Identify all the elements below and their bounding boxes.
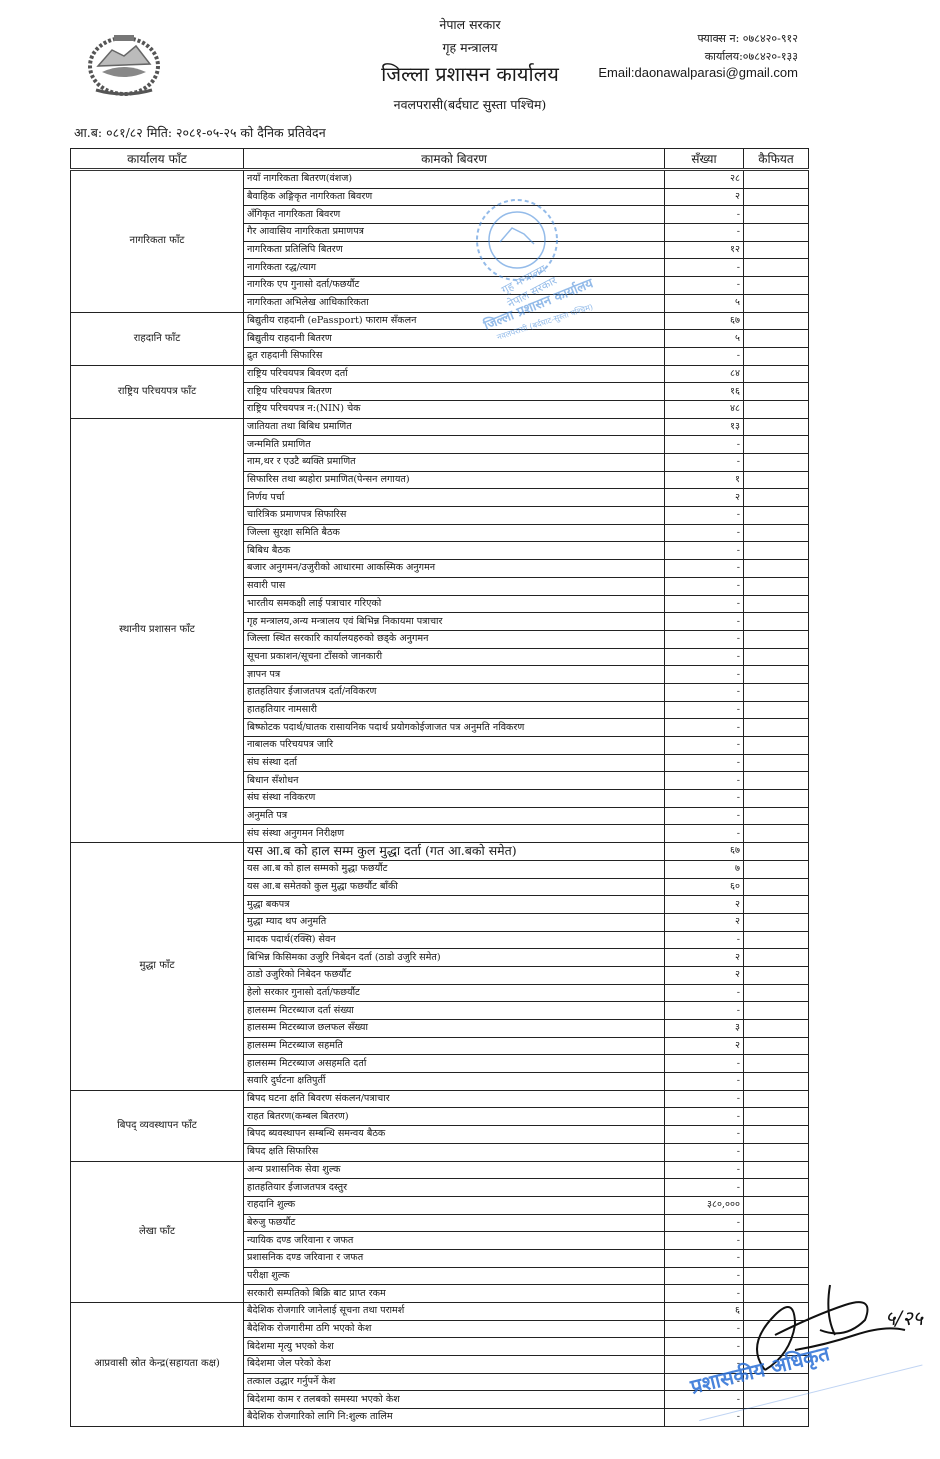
task-count: - (665, 613, 744, 631)
task-remark (744, 1320, 809, 1338)
task-count: - (665, 454, 744, 472)
task-count: - (665, 683, 744, 701)
task-description: संघ संस्था नविकरण (244, 790, 665, 808)
task-count: २ (665, 949, 744, 967)
task-count: - (665, 1338, 744, 1356)
task-remark (744, 843, 809, 861)
task-description: गृह मन्त्रालय,अन्य मन्त्रालय एवं बिभिन्न… (244, 613, 665, 631)
task-count: - (665, 754, 744, 772)
task-remark (744, 984, 809, 1002)
task-description: यस आ.ब को हाल सम्मको मुद्धा फछर्यौट (244, 860, 665, 878)
task-count: - (665, 1320, 744, 1338)
task-remark (744, 1090, 809, 1108)
task-count: - (665, 1143, 744, 1161)
task-count: - (665, 1161, 744, 1179)
task-remark (744, 931, 809, 949)
report-title: आ.ब: ०८१/८२ मिति: २०८१-०५-२५ को दैनिक प्… (74, 124, 326, 141)
task-description: संघ संस्था अनुगमन निरीक्षण (244, 825, 665, 843)
task-description: हालसम्म मिटरब्याज सहमति (244, 1037, 665, 1055)
task-remark (744, 224, 809, 242)
task-remark (744, 454, 809, 472)
task-count: - (665, 1002, 744, 1020)
task-description: राष्ट्रिय परिचयपत्र न:(NIN) चेक (244, 400, 665, 418)
task-count: - (665, 1090, 744, 1108)
task-description: राष्ट्रिय परिचयपत्र बिवरण दर्ता (244, 365, 665, 383)
task-count: - (665, 666, 744, 684)
task-remark (744, 1143, 809, 1161)
task-remark (744, 860, 809, 878)
task-remark (744, 1108, 809, 1126)
task-remark (744, 1356, 809, 1374)
task-description: सूचना प्रकाशन/सूचना टाँसको जानकारी (244, 648, 665, 666)
task-remark (744, 1232, 809, 1250)
task-count: २ (665, 188, 744, 206)
section-label: राष्ट्रिय परिचयपत्र फाँट (71, 365, 244, 418)
task-remark (744, 807, 809, 825)
column-header-description: कामको बिवरण (244, 149, 665, 170)
task-count: - (665, 790, 744, 808)
task-description: नयाँ नागरिकता बितरण(वंशज) (244, 170, 665, 189)
task-count: - (665, 1373, 744, 1391)
table-row: स्थानीय प्रशासन फाँटजातियता तथा बिबिध प्… (71, 418, 809, 436)
task-remark (744, 259, 809, 277)
section-label: आप्रवासी स्रोत केन्द्र(सहायता कक्ष) (71, 1303, 244, 1427)
task-description: ठाडो उजुरिको निबेदन फछर्यौट (244, 966, 665, 984)
task-count: - (665, 542, 744, 560)
task-description: जिल्ला सुरक्षा समिति बैठक (244, 524, 665, 542)
task-remark (744, 1161, 809, 1179)
task-count: - (665, 825, 744, 843)
office-phone: कार्यालय:०७८४२०-१३३ (705, 49, 798, 64)
task-remark (744, 418, 809, 436)
task-count: ६७ (665, 843, 744, 861)
task-description: नागरिक एप गुनासो दर्ता/फछर्यौट (244, 277, 665, 295)
task-remark (744, 241, 809, 259)
task-count: - (665, 630, 744, 648)
task-count: - (665, 1214, 744, 1232)
task-description: न्यायिक दण्ड जरिवाना र जफत (244, 1232, 665, 1250)
section-label: नागरिकता फाँट (71, 170, 244, 313)
task-description: प्रशासनिक दण्ड जरिवाना र जफत (244, 1249, 665, 1267)
task-remark (744, 294, 809, 312)
task-description: यस आ.ब समेतको कुल मुद्धा फछर्यौट बाँकी (244, 878, 665, 896)
task-count: ३८०,००० (665, 1196, 744, 1214)
daily-report-table: कार्यालय फाँट कामको बिवरण सँख्या कैफियत … (70, 148, 809, 1427)
task-count: २ (665, 489, 744, 507)
table-header-row: कार्यालय फाँट कामको बिवरण सँख्या कैफियत (71, 149, 809, 170)
task-remark (744, 1391, 809, 1409)
nepal-emblem-icon (84, 32, 164, 98)
task-count: १३ (665, 418, 744, 436)
section-label: राहदानि फाँट (71, 312, 244, 365)
task-description: जिल्ला स्थित सरकारि कार्यालयहरुको छड्के … (244, 630, 665, 648)
task-count: २ (665, 966, 744, 984)
task-remark (744, 1196, 809, 1214)
task-count: १२ (665, 241, 744, 259)
task-remark (744, 365, 809, 383)
task-remark (744, 1020, 809, 1038)
task-description: हालसम्म मिटरब्याज असहमति दर्ता (244, 1055, 665, 1073)
task-description: हातहतियार नामसारी (244, 701, 665, 719)
table-row: लेखा फाँटअन्य प्रशासनिक सेवा शुल्क- (71, 1161, 809, 1179)
table-row: मुद्धा फाँटयस आ.ब को हाल सम्म कुल मुद्धा… (71, 843, 809, 861)
task-description: बिदेशमा काम र तलबको समस्या भएको केश (244, 1391, 665, 1409)
task-count: - (665, 224, 744, 242)
task-count: - (665, 1391, 744, 1409)
task-description: बिष्फोटक पदार्थ/घातक रासायनिक पदार्थ प्र… (244, 719, 665, 737)
task-description: बिपद ब्यवस्थापन सम्बन्धि समन्वय बैठक (244, 1126, 665, 1144)
section-label: लेखा फाँट (71, 1161, 244, 1303)
task-count: - (665, 560, 744, 578)
task-remark (744, 1214, 809, 1232)
task-description: परीक्षा शुल्क (244, 1267, 665, 1285)
task-description: ज्ञापन पत्र (244, 666, 665, 684)
task-remark (744, 630, 809, 648)
task-description: द्रुत राहदानी सिफारिस (244, 347, 665, 365)
task-count: - (665, 595, 744, 613)
task-remark (744, 471, 809, 489)
task-count: - (665, 206, 744, 224)
task-description: मुद्धा म्याद थप अनुमति (244, 913, 665, 931)
task-remark (744, 330, 809, 348)
task-description: नागरिकता प्रतिलिपि बितरण (244, 241, 665, 259)
task-remark (744, 1249, 809, 1267)
task-description: यस आ.ब को हाल सम्म कुल मुद्धा दर्ता (गत … (244, 843, 665, 861)
task-count: २ (665, 1037, 744, 1055)
task-count: - (665, 737, 744, 755)
task-count: - (665, 1055, 744, 1073)
column-header-section: कार्यालय फाँट (71, 149, 244, 170)
task-description: गैर आवासिय नागरिकता प्रमाणपत्र (244, 224, 665, 242)
task-description: बैदेशिक रोजगारिको लागि नि:शुल्क तालिम (244, 1409, 665, 1427)
task-remark (744, 400, 809, 418)
task-description: बिदेशमा मृत्यु भएको केश (244, 1338, 665, 1356)
task-remark (744, 206, 809, 224)
task-description: सवारी पास (244, 577, 665, 595)
column-header-remarks: कैफियत (744, 149, 809, 170)
task-description: चारित्रिक प्रमाणपत्र सिफारिस (244, 507, 665, 525)
task-count: - (665, 1108, 744, 1126)
task-count: - (665, 277, 744, 295)
column-header-count: सँख्या (665, 149, 744, 170)
task-remark (744, 683, 809, 701)
task-description: नागरिकता रद्ध/त्याग (244, 259, 665, 277)
task-count: ६० (665, 878, 744, 896)
signature-date: ५/२५ (885, 1306, 925, 1330)
task-description: बैदेशिक रोजगारीमा ठगि भएको केश (244, 1320, 665, 1338)
fax-number: फ्याक्स न: ०७८४२०-९१२ (697, 31, 798, 46)
task-count: ६७ (665, 312, 744, 330)
task-description: हालसम्म मिटरब्याज दर्ता संख्या (244, 1002, 665, 1020)
task-description: जातियता तथा बिबिध प्रमाणित (244, 418, 665, 436)
task-count: - (665, 1285, 744, 1303)
task-count: - (665, 507, 744, 525)
task-description: मादक पदार्थ(रक्सि) सेवन (244, 931, 665, 949)
task-description: जन्ममिति प्रमाणित (244, 436, 665, 454)
task-count: - (665, 1232, 744, 1250)
task-description: नाम,थर र एउटै ब्यक्ति प्रमाणित (244, 454, 665, 472)
task-count: - (665, 259, 744, 277)
task-count: - (665, 772, 744, 790)
task-remark (744, 188, 809, 206)
task-description: बिद्युतीय राहदानी बितरण (244, 330, 665, 348)
table-row: राहदानि फाँटबिद्युतीय राहदानी (ePassport… (71, 312, 809, 330)
task-remark (744, 754, 809, 772)
task-count: - (665, 436, 744, 454)
task-count: - (665, 1356, 744, 1374)
ministry-name: गृह मन्त्रालय (250, 39, 690, 56)
task-count: ७ (665, 860, 744, 878)
task-description: बैवाहिक अङ्गिकृत नागरिकता बिवरण (244, 188, 665, 206)
task-count: - (665, 648, 744, 666)
section-label: स्थानीय प्रशासन फाँट (71, 418, 244, 843)
task-count: - (665, 984, 744, 1002)
task-remark (744, 577, 809, 595)
table-row: राष्ट्रिय परिचयपत्र फाँटराष्ट्रिय परिचयप… (71, 365, 809, 383)
task-remark (744, 1126, 809, 1144)
task-remark (744, 1267, 809, 1285)
task-remark (744, 383, 809, 401)
task-remark (744, 595, 809, 613)
task-count: - (665, 719, 744, 737)
task-remark (744, 1037, 809, 1055)
task-count: १६ (665, 383, 744, 401)
task-remark (744, 666, 809, 684)
task-description: अनुमति पत्र (244, 807, 665, 825)
task-count: - (665, 807, 744, 825)
task-count: - (665, 701, 744, 719)
task-description: बिदेशमा जेल परेको केश (244, 1356, 665, 1374)
task-count: १ (665, 471, 744, 489)
section-label: बिपद् व्यवस्थापन फाँट (71, 1090, 244, 1161)
district-name: नवलपरासी(बर्दघाट सुस्ता पश्चिम) (250, 96, 690, 113)
task-description: हेलो सरकार गुनासो दर्ता/फछर्यौट (244, 984, 665, 1002)
task-description: निर्णय पर्चा (244, 489, 665, 507)
task-remark (744, 1409, 809, 1427)
task-remark (744, 913, 809, 931)
task-count: - (665, 1409, 744, 1427)
task-remark (744, 737, 809, 755)
task-remark (744, 878, 809, 896)
task-description: बिबिध बैठक (244, 542, 665, 560)
task-count: - (665, 577, 744, 595)
task-remark (744, 312, 809, 330)
task-description: बैदेशिक रोजगारि जानेलाई सूचना तथा परामर्… (244, 1303, 665, 1321)
task-count: ४८ (665, 400, 744, 418)
task-description: नागरिकता अभिलेख आधिकारिकता (244, 294, 665, 312)
office-email: Email:daonawalparasi@gmail.com (598, 65, 798, 80)
task-remark (744, 1338, 809, 1356)
task-description: बिपद क्षति सिफारिस (244, 1143, 665, 1161)
task-description: सिफारिस तथा ब्यहोरा प्रमाणित(पेन्सन लगाय… (244, 471, 665, 489)
task-count: - (665, 1179, 744, 1197)
task-count: - (665, 524, 744, 542)
task-description: राष्ट्रिय परिचयपत्र बितरण (244, 383, 665, 401)
task-count: - (665, 931, 744, 949)
task-remark (744, 701, 809, 719)
task-count: ५ (665, 294, 744, 312)
task-count: ५ (665, 330, 744, 348)
task-count: - (665, 1126, 744, 1144)
task-remark (744, 949, 809, 967)
task-description: बेरुजु फछर्यौट (244, 1214, 665, 1232)
task-description: बिधान सँशोधन (244, 772, 665, 790)
task-description: राहत बितरण(कम्बल बितरण) (244, 1108, 665, 1126)
task-description: हातहतियार ईजाजतपत्र दस्तुर (244, 1179, 665, 1197)
task-remark (744, 1002, 809, 1020)
task-description: नाबालक परिचयपत्र जारि (244, 737, 665, 755)
task-count: ३ (665, 1020, 744, 1038)
task-remark (744, 1303, 809, 1321)
task-remark (744, 542, 809, 560)
task-description: अन्य प्रशासनिक सेवा शुल्क (244, 1161, 665, 1179)
task-description: बिद्युतीय राहदानी (ePassport) फाराम सँकल… (244, 312, 665, 330)
task-description: सरकारी सम्पतिको बिक्रि बाट प्राप्त रकम (244, 1285, 665, 1303)
government-name: नेपाल सरकार (250, 16, 690, 33)
table-row: बिपद् व्यवस्थापन फाँटबिपद घटना क्षति बिव… (71, 1090, 809, 1108)
task-remark (744, 524, 809, 542)
task-count: - (665, 347, 744, 365)
task-description: बिपद घटना क्षति बिवरण संकलन/पत्राचार (244, 1090, 665, 1108)
task-count: ८४ (665, 365, 744, 383)
task-count: ६ (665, 1303, 744, 1321)
task-count: २ (665, 896, 744, 914)
task-remark (744, 648, 809, 666)
task-description: बिभिन्न किसिमका उजुरि निबेदन दर्ता (ठाडो… (244, 949, 665, 967)
task-description: मुद्धा बकपत्र (244, 896, 665, 914)
task-remark (744, 1285, 809, 1303)
table-row: आप्रवासी स्रोत केन्द्र(सहायता कक्ष)बैदेश… (71, 1303, 809, 1321)
task-remark (744, 507, 809, 525)
task-description: सवारि दुर्घटना क्षतिपुर्ती (244, 1073, 665, 1091)
task-description: राहदानि शुल्क (244, 1196, 665, 1214)
task-description: हालसम्म मिटरब्याज छलफल सँख्या (244, 1020, 665, 1038)
task-remark (744, 613, 809, 631)
task-description: हातहतियार ईजाजतपत्र दर्ता/नविकरण (244, 683, 665, 701)
table-body: नागरिकता फाँटनयाँ नागरिकता बितरण(वंशज)२८… (71, 170, 809, 1427)
task-remark (744, 170, 809, 189)
section-label: मुद्धा फाँट (71, 843, 244, 1091)
task-count: - (665, 1073, 744, 1091)
task-count: २ (665, 913, 744, 931)
task-count: २८ (665, 170, 744, 189)
task-remark (744, 1055, 809, 1073)
task-count: - (665, 1249, 744, 1267)
task-remark (744, 1373, 809, 1391)
task-count: - (665, 1267, 744, 1285)
task-remark (744, 896, 809, 914)
task-remark (744, 825, 809, 843)
task-remark (744, 277, 809, 295)
task-remark (744, 1179, 809, 1197)
task-remark (744, 790, 809, 808)
task-description: तत्काल उद्धार गर्नुपर्ने केश (244, 1373, 665, 1391)
task-remark (744, 719, 809, 737)
task-remark (744, 966, 809, 984)
task-description: भारतीय समकक्षी लाई पत्राचार गरिएको (244, 595, 665, 613)
table-row: नागरिकता फाँटनयाँ नागरिकता बितरण(वंशज)२८ (71, 170, 809, 189)
task-remark (744, 772, 809, 790)
task-remark (744, 347, 809, 365)
task-remark (744, 489, 809, 507)
task-description: बजार अनुगमन/उजुरीको आधारमा आकस्मिक अनुगम… (244, 560, 665, 578)
task-description: संघ संस्था दर्ता (244, 754, 665, 772)
task-description: अँगिकृत नागरिकता बिवरण (244, 206, 665, 224)
task-remark (744, 436, 809, 454)
task-remark (744, 560, 809, 578)
task-remark (744, 1073, 809, 1091)
